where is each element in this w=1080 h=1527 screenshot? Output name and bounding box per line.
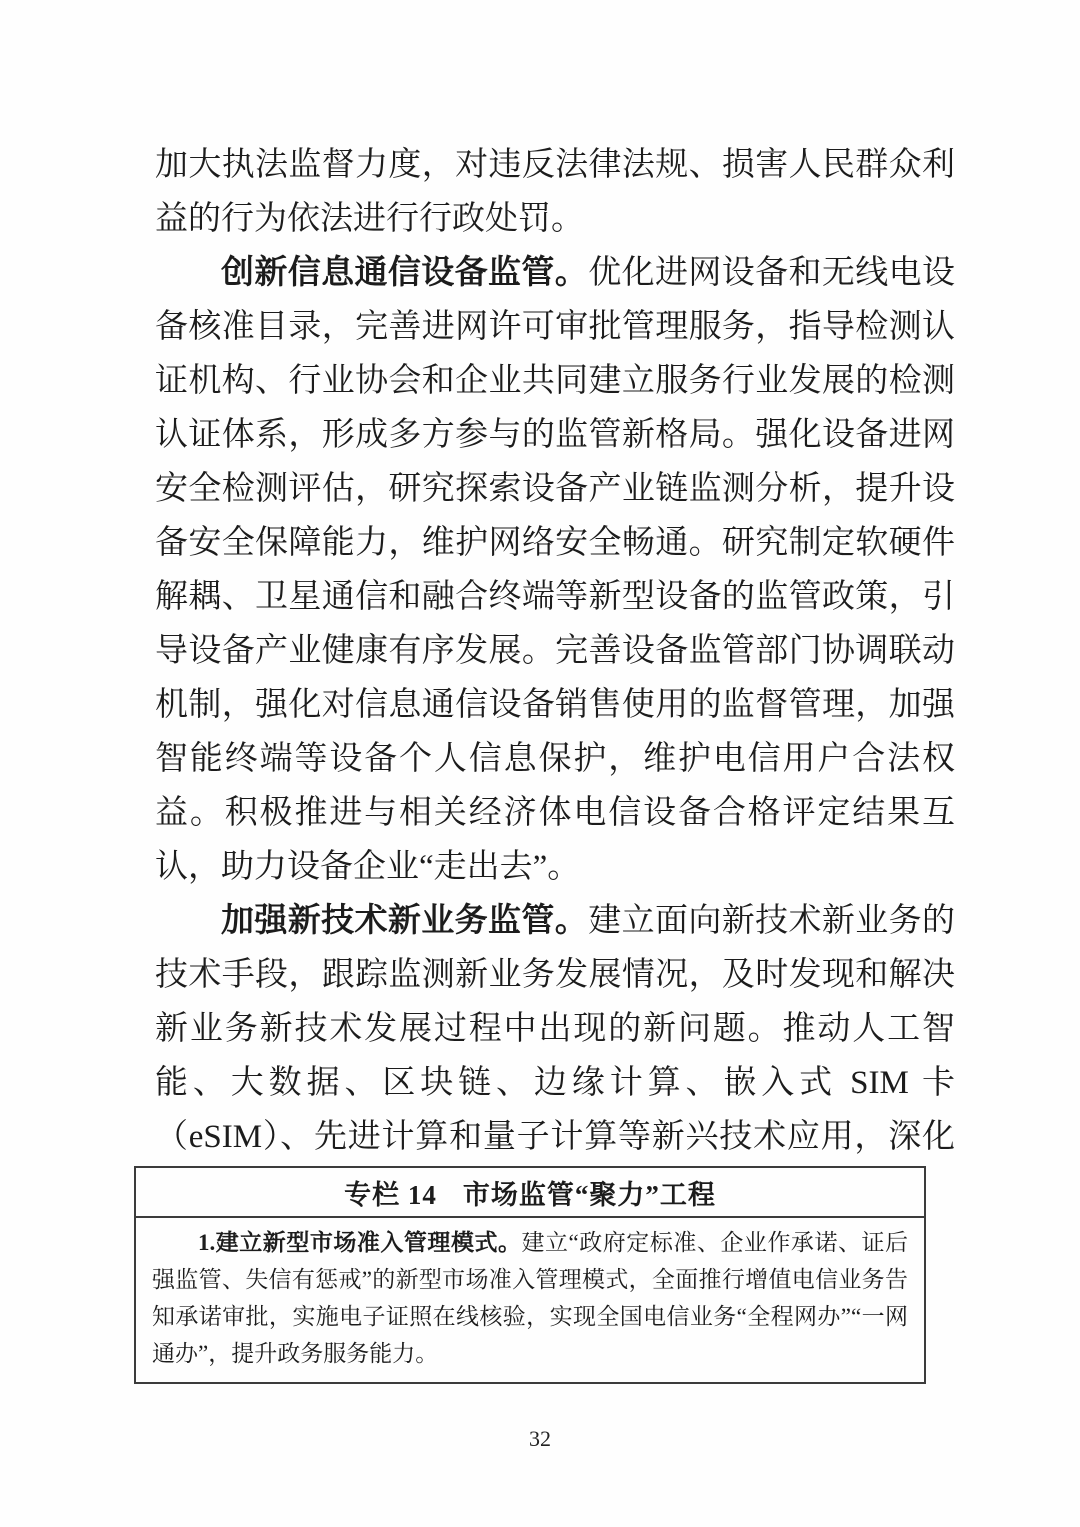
paragraph: 创新信息通信设备监管。优化进网设备和无线电设备核准目录，完善进网许可审批管理服务… [155, 246, 955, 894]
document-page: 加大执法监督力度，对违反法律法规、损害人民群众利益的行为依法进行行政处罚。 创新… [0, 0, 1080, 1527]
paragraph-lead: 创新信息通信设备监管。 [221, 255, 588, 291]
paragraph: 加大执法监督力度，对违反法律法规、损害人民群众利益的行为依法进行行政处罚。 [155, 138, 955, 246]
callout-item-lead: 1.建立新型市场准入管理模式。 [198, 1230, 522, 1255]
body-text: 加大执法监督力度，对违反法律法规、损害人民群众利益的行为依法进行行政处罚。 创新… [155, 138, 955, 1218]
callout-body: 1.建立新型市场准入管理模式。建立“政府定标准、企业作承诺、证后强监管、失信有惩… [136, 1218, 924, 1382]
page-number: 32 [0, 1426, 1080, 1452]
paragraph-text: 加大执法监督力度，对违反法律法规、损害人民群众利益的行为依法进行行政处罚。 [155, 147, 955, 237]
callout-title-label: 专栏 14 [344, 1173, 437, 1212]
paragraph-text: 建立面向新技术新业务的技术手段，跟踪监测新业务发展情况，及时发现和解决新业务新技… [155, 903, 955, 1209]
paragraph-text: 优化进网设备和无线电设备核准目录，完善进网许可审批管理服务，指导检测认证机构、行… [155, 255, 955, 885]
callout-title-text: 市场监管“聚力”工程 [463, 1173, 716, 1212]
paragraph-lead: 加强新技术新业务监管。 [221, 903, 588, 939]
callout-item: 1.建立新型市场准入管理模式。建立“政府定标准、企业作承诺、证后强监管、失信有惩… [152, 1224, 908, 1372]
callout-box: 专栏 14 市场监管“聚力”工程 1.建立新型市场准入管理模式。建立“政府定标准… [134, 1166, 926, 1384]
callout-title: 专栏 14 市场监管“聚力”工程 [136, 1168, 924, 1218]
